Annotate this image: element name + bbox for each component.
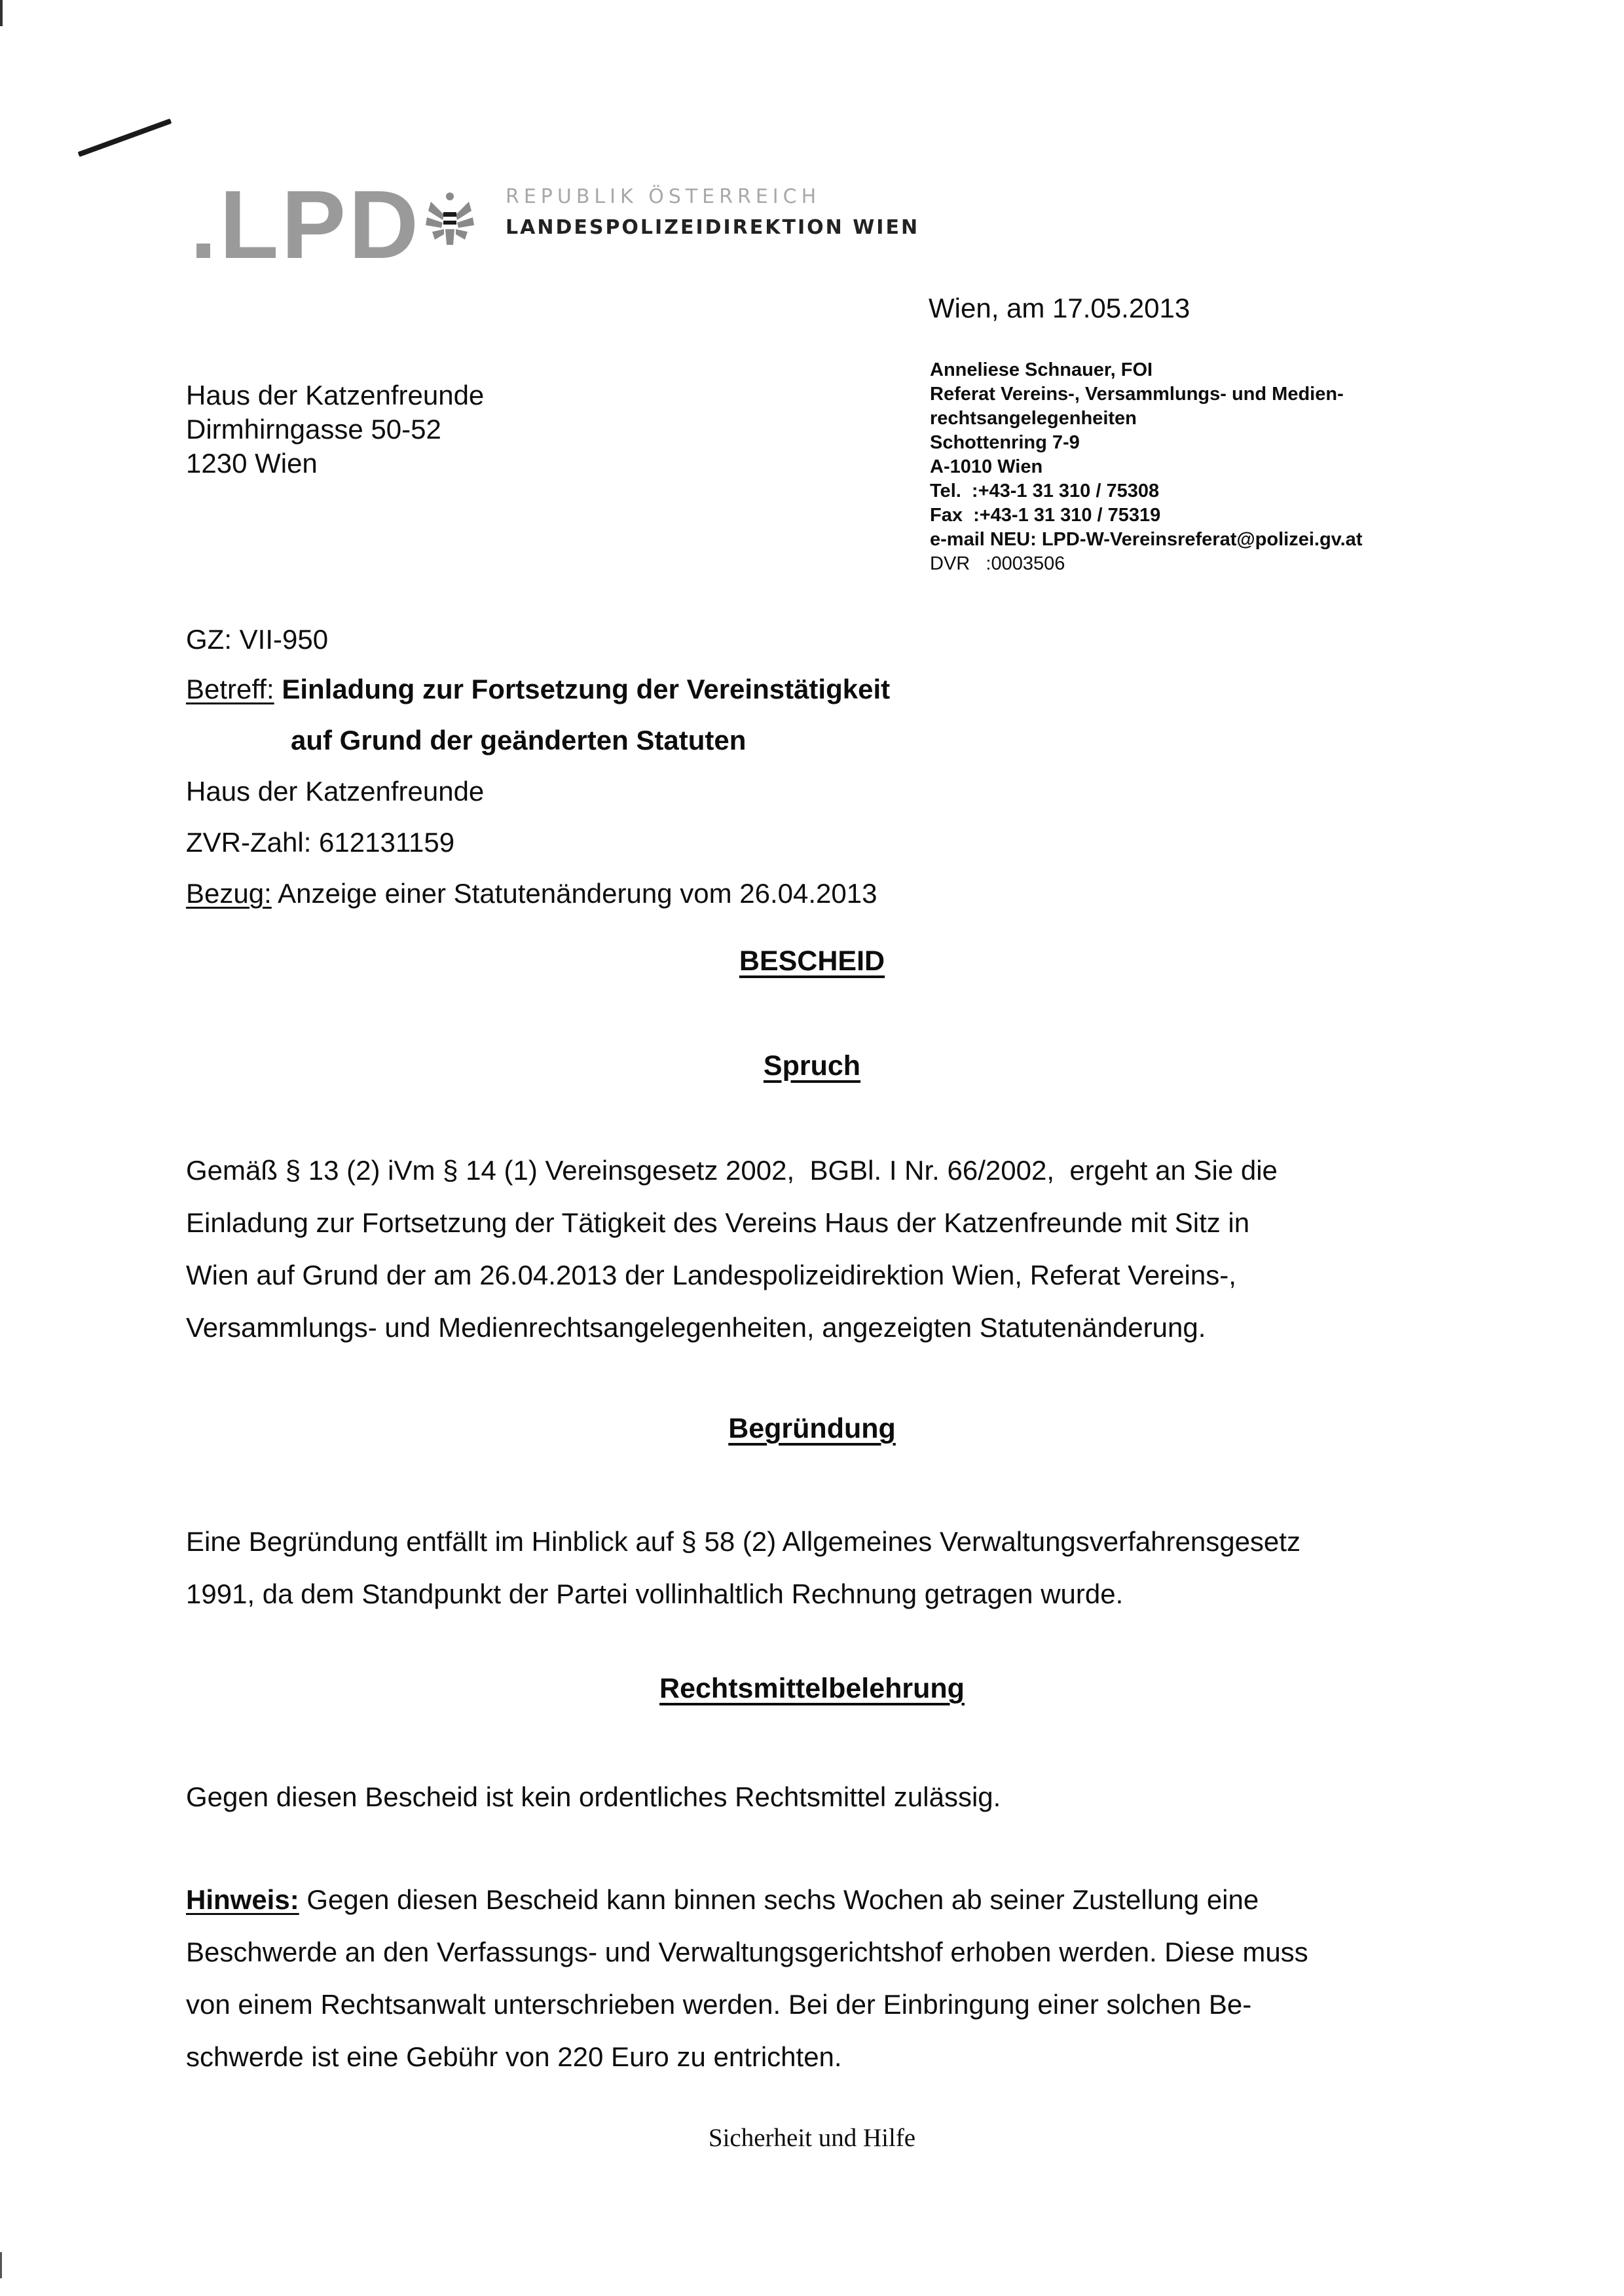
begruendung-paragraph: Eine Begründung entfällt im Hinblick auf… xyxy=(186,1516,1469,1620)
footer-motto: Sicherheit und Hilfe xyxy=(0,2123,1624,2153)
hinweis-line: schwerde ist eine Gebühr von 220 Euro zu… xyxy=(186,2031,1469,2083)
heading-begruendung: Begründung xyxy=(0,1413,1624,1445)
spruch-line: Wien auf Grund der am 26.04.2013 der Lan… xyxy=(186,1249,1469,1302)
hinweis-line: von einem Rechtsanwalt unterschrieben we… xyxy=(186,1978,1469,2031)
sender-dvr: DVR :0003506 xyxy=(930,552,1362,576)
association-name: Haus der Katzenfreunde xyxy=(186,775,484,808)
begruendung-line: 1991, da dem Standpunkt der Partei volli… xyxy=(186,1568,1469,1620)
sender-fax: Fax :+43-1 31 310 / 75319 xyxy=(930,503,1362,528)
lpd-logo: .LPD xyxy=(190,177,421,274)
recipient-street: Dirmhirngasse 50-52 xyxy=(186,412,484,446)
pen-stroke-mark xyxy=(78,118,172,157)
letter-date: Wien, am 17.05.2013 xyxy=(929,293,1190,324)
heading-bescheid: BESCHEID xyxy=(0,945,1624,977)
spruch-line: Versammlungs- und Medienrechtsangelegenh… xyxy=(186,1302,1469,1354)
heading-rechtsmittelbelehrung: Rechtsmittelbelehrung xyxy=(0,1673,1624,1705)
sender-city: A-1010 Wien xyxy=(930,455,1362,479)
spruch-line: Gemäß § 13 (2) iVm § 14 (1) Vereinsgeset… xyxy=(186,1144,1469,1197)
betreff-text-cont: auf Grund der geänderten Statuten xyxy=(291,724,746,757)
sender-street: Schottenring 7-9 xyxy=(930,431,1362,455)
authority-label: LANDESPOLIZEIDIREKTION WIEN xyxy=(506,216,919,239)
rechtsmittel-text: Gegen diesen Bescheid ist kein ordentlic… xyxy=(186,1771,1443,1823)
hinweis-paragraph: Hinweis: Gegen diesen Bescheid kann binn… xyxy=(186,1874,1469,2083)
scan-edge-mark xyxy=(0,0,3,26)
hinweis-line: Beschwerde an den Verfassungs- und Verwa… xyxy=(186,1926,1469,1978)
hinweis-line: Hinweis: Gegen diesen Bescheid kann binn… xyxy=(186,1874,1469,1926)
hinweis-text: Gegen diesen Bescheid kann binnen sechs … xyxy=(299,1884,1259,1915)
recipient-name: Haus der Katzenfreunde xyxy=(186,378,484,412)
spruch-line: Einladung zur Fortsetzung der Tätigkeit … xyxy=(186,1197,1469,1249)
sender-department-cont: rechtsangelegenheiten xyxy=(930,407,1362,431)
bezug-text: Anzeige einer Statutenänderung vom 26.04… xyxy=(278,878,877,909)
sender-tel: Tel. :+43-1 31 310 / 75308 xyxy=(930,479,1362,503)
begruendung-line: Eine Begründung entfällt im Hinblick auf… xyxy=(186,1516,1469,1568)
hinweis-label: Hinweis: xyxy=(186,1884,299,1915)
betreff-label: Betreff: xyxy=(186,674,274,704)
gz-number: GZ: VII-950 xyxy=(186,623,328,656)
bezug-label: Bezug: xyxy=(186,878,272,909)
heading-spruch: Spruch xyxy=(0,1050,1624,1082)
betreff-text: Einladung zur Fortsetzung der Vereinstät… xyxy=(282,674,890,704)
betreff-line: Betreff: Einladung zur Fortsetzung der V… xyxy=(186,673,890,706)
bezug-line: Bezug: Anzeige einer Statutenänderung vo… xyxy=(186,877,877,910)
recipient-city: 1230 Wien xyxy=(186,446,484,481)
sender-name: Anneliese Schnauer, FOI xyxy=(930,358,1362,382)
sender-block: Anneliese Schnauer, FOI Referat Vereins-… xyxy=(930,358,1362,576)
austrian-eagle-emblem-icon xyxy=(424,189,475,247)
recipient-address: Haus der Katzenfreunde Dirmhirngasse 50-… xyxy=(186,378,484,481)
sender-department: Referat Vereins-, Versammlungs- und Medi… xyxy=(930,382,1362,407)
scan-edge-mark xyxy=(0,2252,2,2278)
spruch-paragraph: Gemäß § 13 (2) iVm § 14 (1) Vereinsgeset… xyxy=(186,1144,1469,1354)
sender-email[interactable]: e-mail NEU: LPD-W-Vereinsreferat@polizei… xyxy=(930,528,1362,552)
zvr-number: ZVR-Zahl: 612131159 xyxy=(186,826,454,859)
republic-label: REPUBLIK ÖSTERREICH xyxy=(506,185,821,208)
